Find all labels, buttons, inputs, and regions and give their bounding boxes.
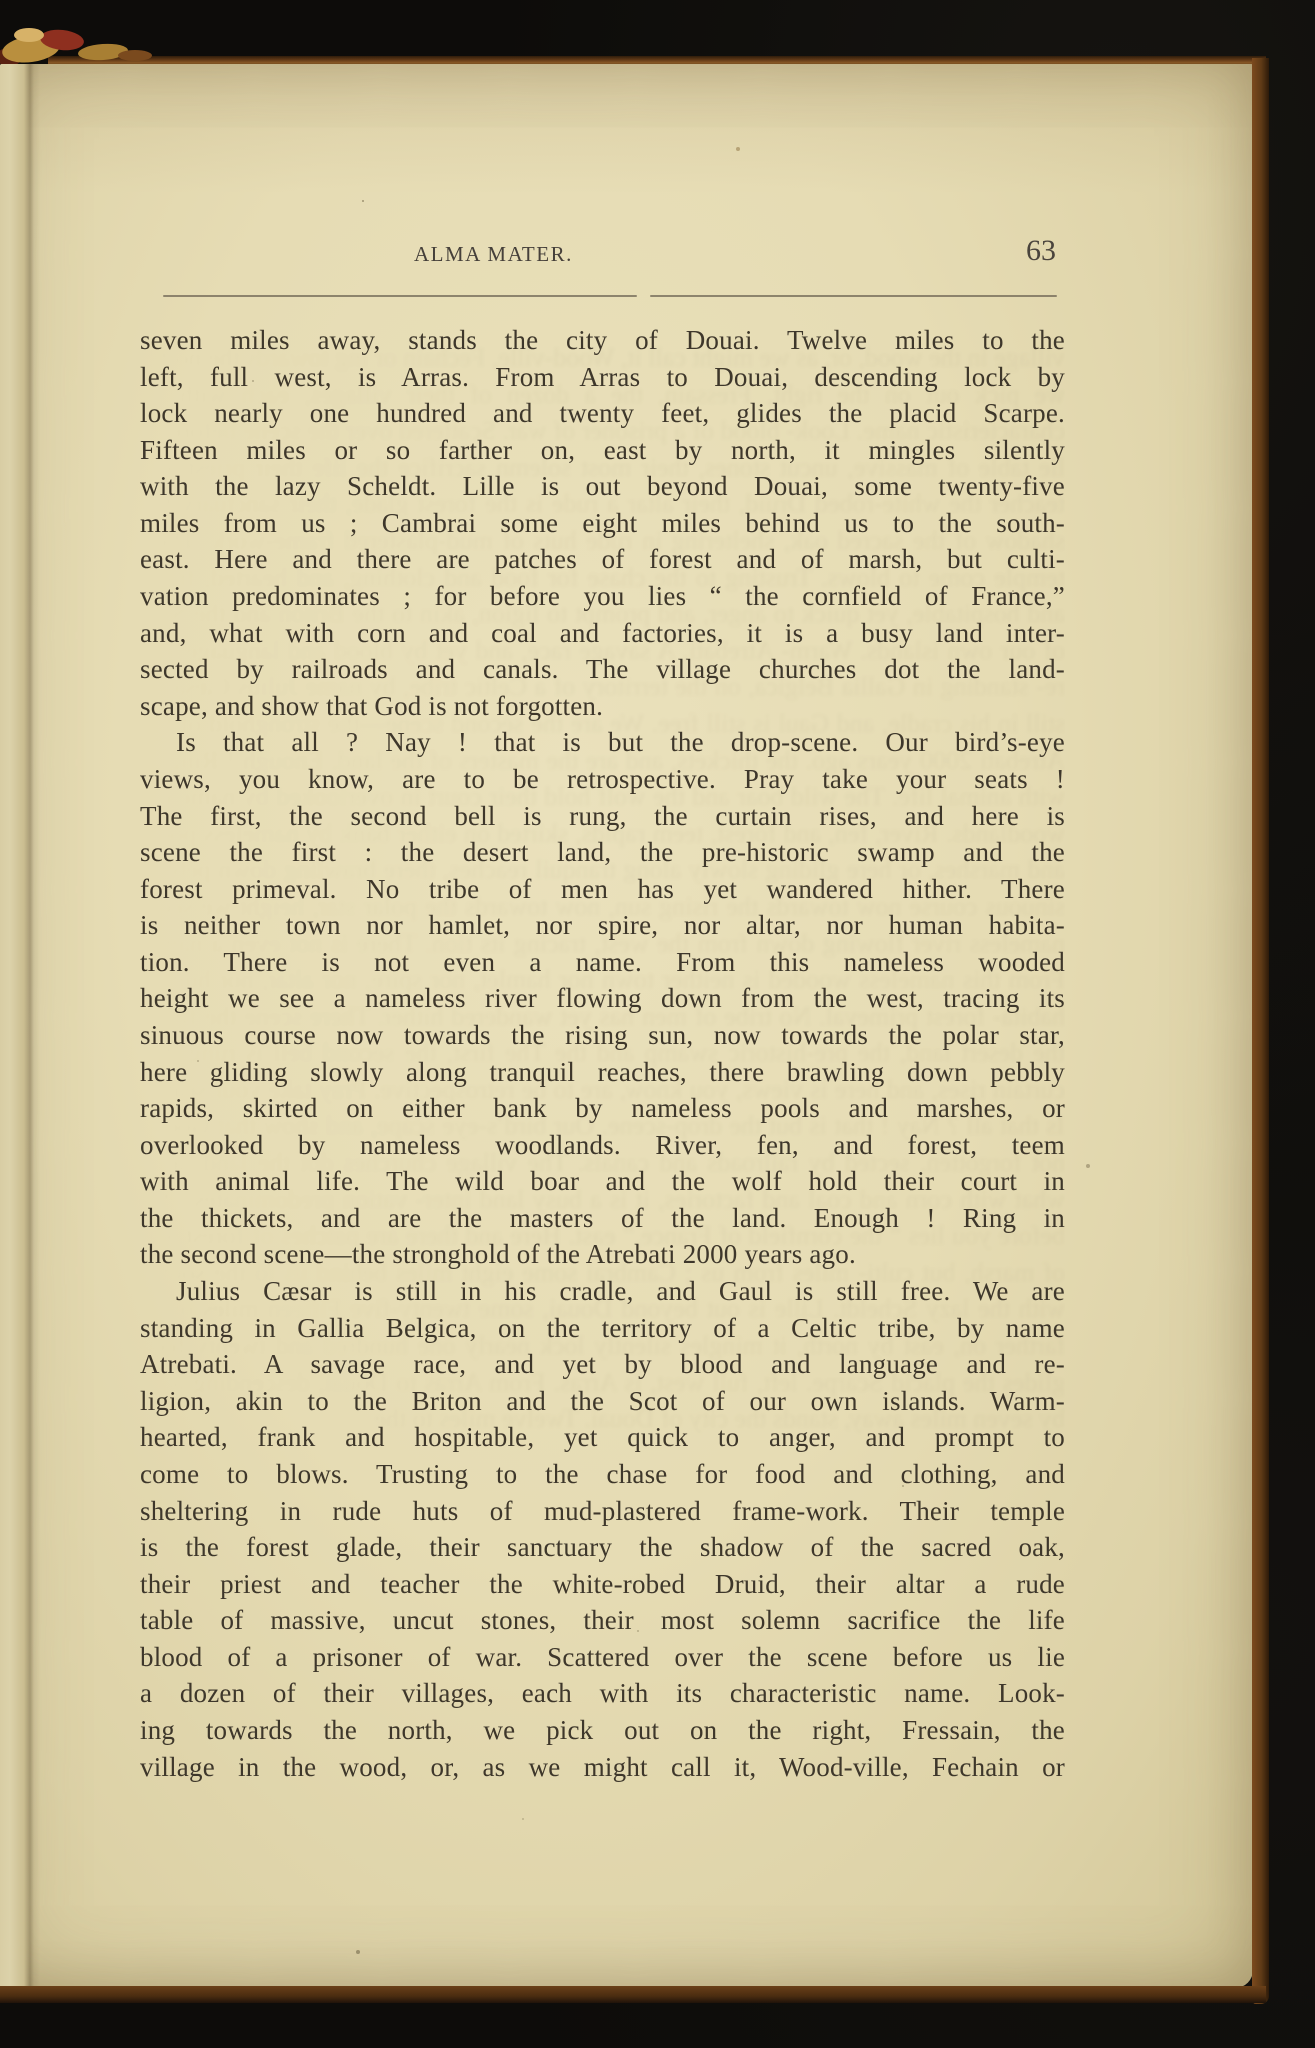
- text-line: left, full west, is Arras. From Arras to…: [140, 359, 1065, 396]
- text-line: with animal life. The wild boar and the …: [140, 1163, 1065, 1200]
- text-line: ing towards the north, we pick out on th…: [140, 1712, 1065, 1749]
- text-line: village in the wood, or, as we might cal…: [140, 1749, 1065, 1786]
- text-line: is the forest glade, their sanctuary the…: [140, 1529, 1065, 1566]
- paper-speckles: [362, 200, 364, 202]
- text-line: overlooked by nameless woodlands. River,…: [140, 1127, 1065, 1164]
- text-line: table of massive, uncut stones, their mo…: [140, 1602, 1065, 1639]
- text-line: Atrebati. A savage race, and yet by bloo…: [140, 1346, 1065, 1383]
- text-line: sheltering in rude huts of mud-plastered…: [140, 1493, 1065, 1530]
- text-line: their priest and teacher the white-robed…: [140, 1566, 1065, 1603]
- page-text: seven miles away, stands the city of Dou…: [140, 322, 1065, 1785]
- text-line: The first, the second bell is rung, the …: [140, 798, 1065, 835]
- text-line: blood of a prisoner of war. Scattered ov…: [140, 1639, 1065, 1676]
- text-line: views, you know, are to be retrospective…: [140, 761, 1065, 798]
- running-title: ALMA MATER.: [414, 242, 573, 267]
- text-line: miles from us ; Cambrai some eight miles…: [140, 505, 1065, 542]
- text-line: sected by railroads and canals. The vill…: [140, 651, 1065, 688]
- text-line: Fifteen miles or so farther on, east by …: [140, 432, 1065, 469]
- book-photo: ALMA MATER. 63 village in the wood, or, …: [0, 0, 1315, 2048]
- text-line: sinuous course now towards the rising su…: [140, 1017, 1065, 1054]
- book-cover-edge-right: [1252, 58, 1269, 2004]
- text-line: with the lazy Scheldt. Lille is out beyo…: [140, 468, 1065, 505]
- book-page: ALMA MATER. 63 village in the wood, or, …: [0, 64, 1253, 1988]
- text-line: here gliding slowly along tranquil reach…: [140, 1054, 1065, 1091]
- text-line: forest primeval. No tribe of men has yet…: [140, 871, 1065, 908]
- text-line: Is that all ? Nay ! that is but the drop…: [140, 724, 1065, 761]
- text-line: hearted, frank and hospitable, yet quick…: [140, 1419, 1065, 1456]
- text-line: standing in Gallia Belgica, on the terri…: [140, 1310, 1065, 1347]
- text-line: come to blows. Trusting to the chase for…: [140, 1456, 1065, 1493]
- text-line: seven miles away, stands the city of Dou…: [140, 322, 1065, 359]
- text-line: the thickets, and are the masters of the…: [140, 1200, 1065, 1237]
- headband-fray: [14, 28, 44, 42]
- text-line: scape, and show that God is not forgotte…: [140, 688, 1065, 725]
- text-line: is neither town nor hamlet, nor spire, n…: [140, 907, 1065, 944]
- header-rule-right: [650, 295, 1057, 297]
- text-line: vation predominates ; for before you lie…: [140, 578, 1065, 615]
- text-line: tion. There is not even a name. From thi…: [140, 944, 1065, 981]
- text-line: and, what with corn and coal and factori…: [140, 615, 1065, 652]
- text-line: scene the first : the desert land, the p…: [140, 834, 1065, 871]
- header-rule-left: [163, 295, 637, 297]
- page-fold-left: [0, 64, 40, 1988]
- text-line: lock nearly one hundred and twenty feet,…: [140, 395, 1065, 432]
- headband-fray: [118, 50, 152, 61]
- book-cover-edge-bottom: [0, 1986, 1266, 2003]
- text-line: rapids, skirted on either bank by namele…: [140, 1090, 1065, 1127]
- text-line: east. Here and there are patches of fore…: [140, 541, 1065, 578]
- page-number: 63: [1026, 234, 1056, 268]
- text-line: a dozen of their villages, each with its…: [140, 1675, 1065, 1712]
- text-line: Julius Cæsar is still in his cradle, and…: [140, 1273, 1065, 1310]
- text-line: ligion, akin to the Briton and the Scot …: [140, 1383, 1065, 1420]
- text-line: height we see a nameless river flowing d…: [140, 980, 1065, 1017]
- text-line: the second scene—the stronghold of the A…: [140, 1236, 1065, 1273]
